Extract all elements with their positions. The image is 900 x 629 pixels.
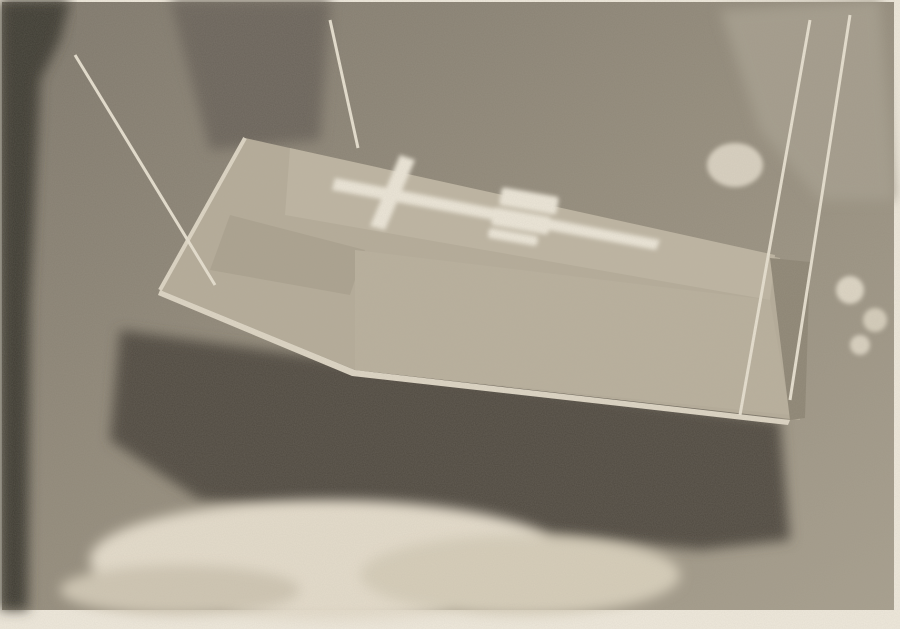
- film-grain: [2, 2, 894, 610]
- photo-scene: [0, 0, 900, 629]
- sepia-photograph: [0, 0, 900, 629]
